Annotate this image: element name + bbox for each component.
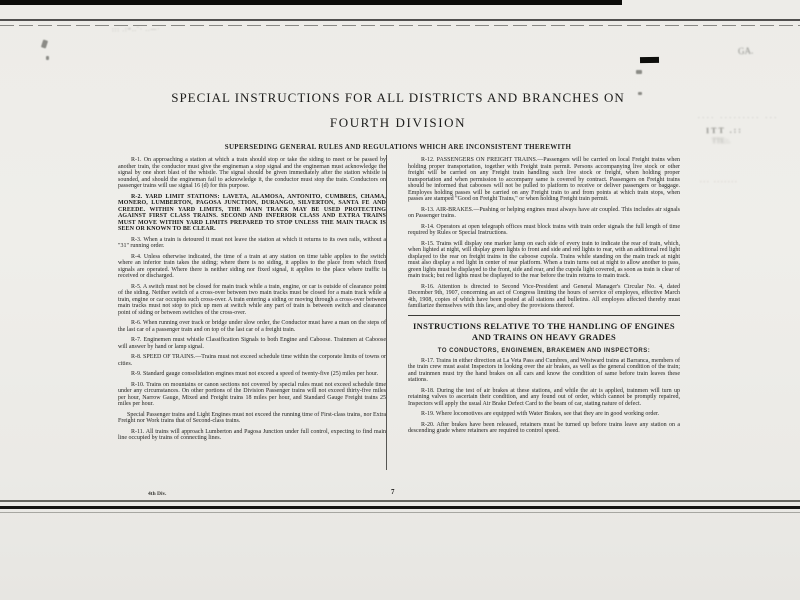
page-title-line1: SPECIAL INSTRUCTIONS FOR ALL DISTRICTS A…	[110, 90, 686, 106]
rule-paragraph-r6: R-6. When running over track or bridge u…	[118, 320, 386, 333]
rule-paragraph-r7: R-7. Enginemen must whistle Classificati…	[118, 337, 386, 350]
scan-bottom-rule-3	[0, 512, 800, 513]
rule-paragraph-r16: R-16. Attention is directed to Second Vi…	[408, 284, 680, 310]
scan-top-rule	[0, 19, 800, 21]
scan-top-black-bar	[0, 0, 622, 5]
rule-paragraph-r19: R-19. Where locomotives are equipped wit…	[408, 411, 680, 418]
bleedthrough-smudge: .... ......... ...	[698, 114, 779, 120]
scan-right-edge-mark	[640, 57, 659, 63]
bleedthrough-smudge: GA.	[738, 46, 754, 57]
scan-bottom-rule-1	[0, 500, 800, 502]
left-column: R-1. On approaching a station at which a…	[118, 157, 386, 446]
rule-paragraph-r1: R-1. On approaching a station at which a…	[118, 157, 386, 190]
rule-paragraph-r10-continued: Special Passenger trains and Light Engin…	[118, 412, 386, 425]
scan-bottom-rule-2	[0, 506, 800, 509]
page-heading: SPECIAL INSTRUCTIONS FOR ALL DISTRICTS A…	[110, 90, 686, 151]
rule-paragraph-r20: R-20. After brakes have been released, r…	[408, 422, 680, 435]
rule-paragraph-r3: R-3. When a train is detoured it must no…	[118, 237, 386, 250]
scan-speck-row: ::: .:=..¨· ..—·	[112, 27, 161, 34]
rule-paragraph-r14: R-14. Operators at open telegraph office…	[408, 224, 680, 237]
rule-paragraph-r10: R-10. Trains on mountains or canon secti…	[118, 382, 386, 408]
rules-columns: R-1. On approaching a station at which a…	[118, 157, 680, 446]
bleedthrough-smudge: ... .......	[700, 178, 739, 184]
right-column: R-12. PASSENGERS ON FREIGHT TRAINS.—Pass…	[408, 157, 680, 446]
rule-paragraph-r8: R-8. SPEED OF TRAINS.—Trains must not ex…	[118, 354, 386, 367]
page-title-line2: FOURTH DIVISION	[110, 115, 686, 131]
bleedthrough-smudge: TTE::.	[712, 137, 730, 145]
rule-paragraph-r12: R-12. PASSENGERS ON FREIGHT TRAINS.—Pass…	[408, 157, 680, 203]
scanned-document-page: GA. .... ......... ... ITT .:: TTE::. ..…	[0, 0, 800, 600]
section-subheading: TO CONDUCTORS, ENGINEMEN, BRAKEMEN AND I…	[408, 348, 680, 354]
section-divider-rule	[408, 315, 680, 316]
page-subtitle: SUPERSEDING GENERAL RULES AND REGULATION…	[110, 143, 686, 151]
rule-paragraph-r5: R-5. A switch must not be closed for mai…	[118, 284, 386, 317]
rule-paragraph-r18: R-18. During the test of air brakes at t…	[408, 388, 680, 408]
scan-speck	[46, 56, 49, 60]
footer-division-label: 4th Div.	[148, 491, 166, 497]
rule-paragraph-r13: R-13. AIR-BRAKES.—Pushing or helping eng…	[408, 207, 680, 220]
scan-speck	[636, 70, 642, 74]
rule-paragraph-r4: R-4. Unless otherwise indicated, the tim…	[118, 254, 386, 280]
bleedthrough-smudge: ITT .::	[706, 126, 743, 136]
scan-speck	[41, 39, 48, 48]
footer-page-number: 7	[391, 488, 395, 496]
rule-paragraph-r15: R-15. Trains will display one marker lam…	[408, 241, 680, 280]
scan-top-rule-dashed	[0, 25, 800, 26]
rule-paragraph-r9: R-9. Standard gauge consolidation engine…	[118, 371, 386, 378]
section-heading-line1: INSTRUCTIONS RELATIVE TO THE HANDLING OF…	[408, 321, 680, 332]
rule-paragraph-r17: R-17. Trains in either direction at La V…	[408, 358, 680, 384]
rule-paragraph-r2: R-2. YARD LIMIT STATIONS: LAVETA, ALAMOS…	[118, 194, 386, 233]
rule-paragraph-r11: R-11. All trains will approach Lumberton…	[118, 429, 386, 442]
section-heading-line2: AND TRAINS ON HEAVY GRADES	[408, 332, 680, 343]
